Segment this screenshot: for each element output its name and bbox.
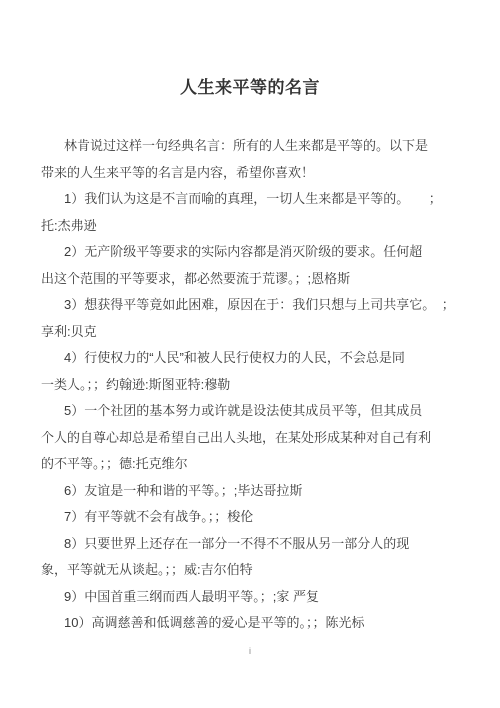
- text-line: 托:杰弗逊: [41, 213, 464, 240]
- text-line: 9）中国首重三纲而西人最明平等。；;家 严复: [41, 584, 464, 611]
- text-line: 的不平等。；；德:托克维尔: [41, 451, 464, 478]
- text-line: 象，平等就无从谈起。；；威:吉尔伯特: [41, 557, 464, 584]
- text-line: 享利:贝克: [41, 319, 464, 346]
- text-line: 一类人。；；约翰逊:斯图亚特:穆勒: [41, 372, 464, 399]
- text-line: 7）有平等就不会有战争。；；梭伦: [41, 504, 464, 531]
- text-line: 6）友谊是一种和谐的平等。；;毕达哥拉斯: [41, 478, 464, 505]
- page-title: 人生来平等的名言: [0, 73, 500, 98]
- text-line: 4）行使权力的“人民”和被人民行使权力的人民，不会总是同: [41, 345, 464, 372]
- page-number: i: [0, 646, 500, 656]
- text-line: 5）一个社团的基本努力或许就是设法使其成员平等，但其成员: [41, 398, 464, 425]
- document-body: 林肯说过这样一句经典名言：所有的人生来都是平等的。以下是 带来的人生来平等的名言…: [41, 133, 464, 637]
- text-line: 林肯说过这样一句经典名言：所有的人生来都是平等的。以下是: [41, 133, 464, 160]
- text-line: 1）我们认为这是不言而喻的真理，一切人生来都是平等的。 ；: [41, 186, 464, 213]
- text-line: 出这个范围的平等要求，都必然要流于荒谬。；;恩格斯: [41, 266, 464, 293]
- text-line: 个人的自尊心却总是希望自己出人头地，在某处形成某种对自己有利: [41, 425, 464, 452]
- text-line: 2）无产阶级平等要求的实际内容都是消灭阶级的要求。任何超: [41, 239, 464, 266]
- text-line: 3）想获得平等竟如此困难，原因在于：我们只想与上司共享它。 ；: [41, 292, 464, 319]
- text-line: 带来的人生来平等的名言是内容，希望你喜欢！: [41, 160, 464, 187]
- document-page: 人生来平等的名言 林肯说过这样一句经典名言：所有的人生来都是平等的。以下是 带来…: [0, 0, 500, 708]
- text-line: 8）只要世界上还存在一部分一不得不不服从另一部分人的现: [41, 531, 464, 558]
- text-line: 10）高调慈善和低调慈善的爱心是平等的。；；陈光标: [41, 610, 464, 637]
